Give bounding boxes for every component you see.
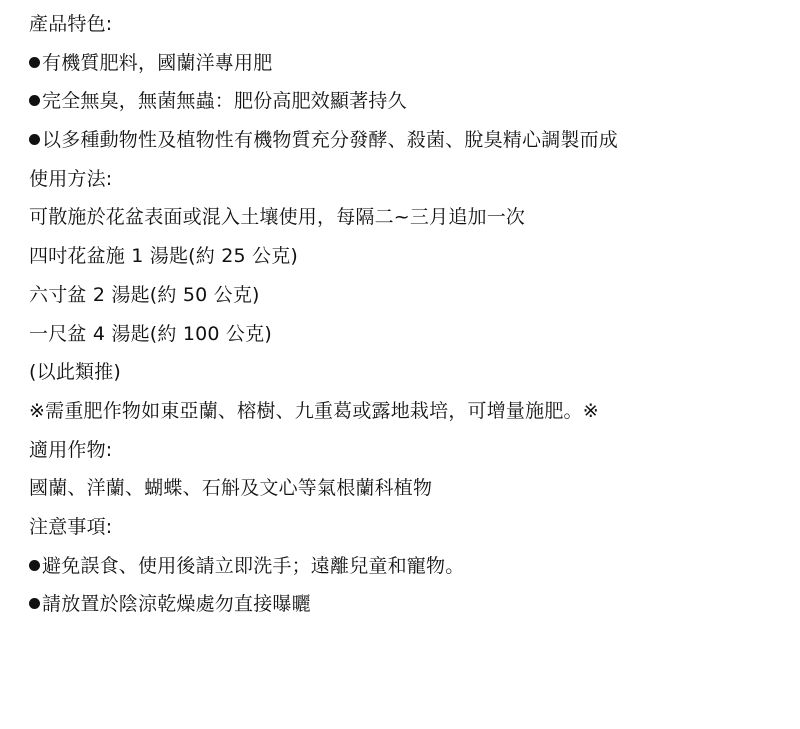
bullet-text: 完全無臭，無菌無蟲：肥份高肥效顯著持久 xyxy=(42,90,407,112)
usage-heading: 使用方法: xyxy=(29,160,799,199)
crops-line: 國蘭、洋蘭、蝴蝶、石斛及文心等氣根蘭科植物 xyxy=(29,469,799,508)
usage-line: 四吋花盆施 1 湯匙(約 25 公克) xyxy=(29,237,799,276)
bullet-icon xyxy=(29,598,40,609)
bullet-icon xyxy=(29,134,40,145)
features-heading: 產品特色: xyxy=(29,5,799,44)
bullet-icon xyxy=(29,560,40,571)
bullet-text: 請放置於陰涼乾燥處勿直接曝曬 xyxy=(42,593,311,615)
features-bullet-item: 完全無臭，無菌無蟲：肥份高肥效顯著持久 xyxy=(29,82,799,121)
features-bullet-item: 以多種動物性及植物性有機物質充分發酵、殺菌、脫臭精心調製而成 xyxy=(29,121,799,160)
usage-line: 一尺盆 4 湯匙(約 100 公克) xyxy=(29,315,799,354)
usage-line: 可散施於花盆表面或混入土壤使用，每隔二~三月追加一次 xyxy=(29,198,799,237)
product-description-document: 產品特色: 有機質肥料，國蘭洋專用肥 完全無臭，無菌無蟲：肥份高肥效顯著持久 以… xyxy=(29,5,799,624)
bullet-icon xyxy=(29,95,40,106)
notes-bullet-item: 避免誤食、使用後請立即洗手；遠離兒童和寵物。 xyxy=(29,547,799,586)
notes-bullet-item: 請放置於陰涼乾燥處勿直接曝曬 xyxy=(29,585,799,624)
bullet-text: 以多種動物性及植物性有機物質充分發酵、殺菌、脫臭精心調製而成 xyxy=(42,129,618,151)
crops-heading: 適用作物: xyxy=(29,431,799,470)
notes-heading: 注意事項: xyxy=(29,508,799,547)
usage-line: 六寸盆 2 湯匙(約 50 公克) xyxy=(29,276,799,315)
bullet-text: 避免誤食、使用後請立即洗手；遠離兒童和寵物。 xyxy=(42,555,464,577)
bullet-icon xyxy=(29,57,40,68)
features-bullet-item: 有機質肥料，國蘭洋專用肥 xyxy=(29,44,799,83)
bullet-text: 有機質肥料，國蘭洋專用肥 xyxy=(42,52,272,74)
usage-note: ※需重肥作物如東亞蘭、榕樹、九重葛或露地栽培，可增量施肥。※ xyxy=(29,392,799,431)
usage-line: (以此類推) xyxy=(29,353,799,392)
